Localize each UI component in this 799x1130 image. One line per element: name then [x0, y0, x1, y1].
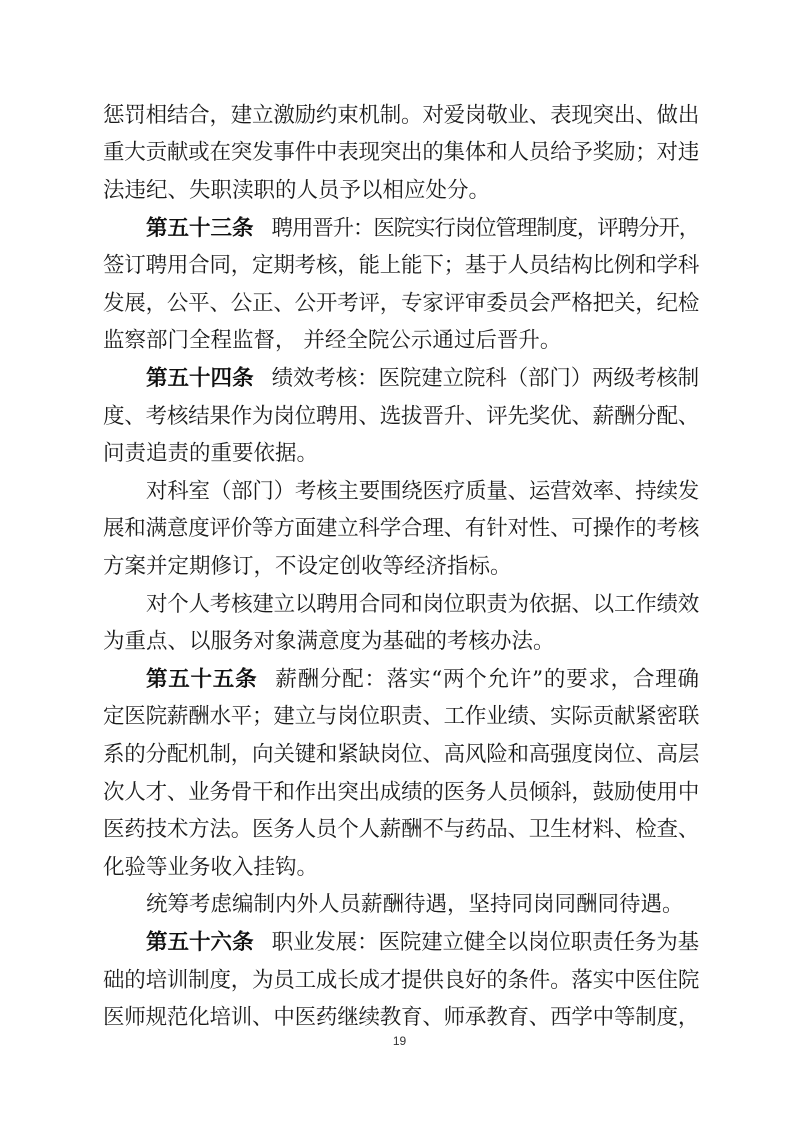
text-line: 监察部门全程监督， 并经全院公示通过后晋升。 — [103, 326, 699, 356]
line-text: 对个人考核建立以聘用合同和岗位职责为依据、以工作绩效 — [146, 592, 699, 617]
text-line: 对科室（部门）考核主要围绕医疗质量、运营效率、持续发 — [146, 477, 699, 507]
article-number: 第五十六条 — [146, 930, 254, 955]
text-line: 惩罚相结合，建立激励约束机制。对爱岗敬业、表现突出、做出 — [103, 101, 699, 131]
text-line: 医药技术方法。医务人员个人薪酬不与药品、卫生材料、检查、 — [103, 815, 699, 845]
article-number: 第五十四条 — [146, 366, 254, 391]
line-text: 签订聘用合同，定期考核，能上能下；基于人员结构比例和学科 — [103, 253, 699, 278]
page-number: 19 — [0, 1034, 799, 1048]
line-text: 为重点、以服务对象满意度为基础的考核办法。 — [103, 629, 555, 654]
line-text: 问责追责的重要依据。 — [103, 441, 318, 466]
text-line: 化验等业务收入挂钩。 — [103, 853, 699, 883]
text-line: 系的分配机制，向关键和紧缺岗位、高风险和高强度岗位、高层 — [103, 740, 699, 770]
text-line: 础的培训制度，为员工成长成才提供良好的条件。落实中医住院 — [103, 966, 699, 996]
line-text: 聘用晋升：医院实行岗位管理制度，评聘分开， — [272, 216, 700, 241]
line-text: 础的培训制度，为员工成长成才提供良好的条件。落实中医住院 — [103, 968, 699, 993]
line-text: 医师规范化培训、中医药继续教育、师承教育、西学中等制度， — [103, 1005, 699, 1030]
text-line: 签订聘用合同，定期考核，能上能下；基于人员结构比例和学科 — [103, 251, 699, 281]
line-text: 系的分配机制，向关键和紧缺岗位、高风险和高强度岗位、高层 — [103, 742, 699, 767]
text-line: 问责追责的重要依据。 — [103, 439, 699, 469]
text-line: 展和满意度评价等方面建立科学合理、有针对性、可操作的考核 — [103, 514, 699, 544]
line-text: 定医院薪酬水平；建立与岗位职责、工作业绩、实际贡献紧密联 — [103, 704, 699, 729]
text-line: 发展，公平、公正、公开考评，专家评审委员会严格把关，纪检 — [103, 289, 699, 319]
article-heading-line: 第五十三条聘用晋升：医院实行岗位管理制度，评聘分开， — [146, 214, 699, 244]
line-text: 惩罚相结合，建立激励约束机制。对爱岗敬业、表现突出、做出 — [103, 103, 699, 128]
line-text: 化验等业务收入挂钩。 — [103, 855, 318, 880]
line-text: 重大贡献或在突发事件中表现突出的集体和人员给予奖励；对违 — [103, 140, 699, 165]
line-text: 职业发展：医院建立健全以岗位职责任务为基 — [272, 930, 699, 955]
text-line: 方案并定期修订，不设定创收等经济指标。 — [103, 552, 699, 582]
text-line: 次人才、业务骨干和作出突出成绩的医务人员倾斜，鼓励使用中 — [103, 778, 699, 808]
article-number: 第五十五条 — [146, 667, 257, 692]
line-text: 次人才、业务骨干和作出突出成绩的医务人员倾斜，鼓励使用中 — [103, 780, 699, 805]
article-heading-line: 第五十五条薪酬分配：落实“两个允许”的要求，合理确 — [146, 665, 699, 695]
line-text: 医药技术方法。医务人员个人薪酬不与药品、卫生材料、检查、 — [103, 817, 699, 842]
line-text: 方案并定期修订，不设定创收等经济指标。 — [103, 554, 512, 579]
text-line: 重大贡献或在突发事件中表现突出的集体和人员给予奖励；对违 — [103, 138, 699, 168]
line-text: 对科室（部门）考核主要围绕医疗质量、运营效率、持续发 — [146, 479, 699, 504]
line-text: 绩效考核：医院建立院科（部门）两级考核制 — [272, 366, 699, 391]
article-heading-line: 第五十四条绩效考核：医院建立院科（部门）两级考核制 — [146, 364, 699, 394]
article-number: 第五十三条 — [146, 216, 254, 241]
line-text: 监察部门全程监督， 并经全院公示通过后晋升。 — [103, 328, 561, 353]
text-line: 法违纪、失职渎职的人员予以相应处分。 — [103, 176, 699, 206]
text-line: 医师规范化培训、中医药继续教育、师承教育、西学中等制度， — [103, 1003, 699, 1033]
text-line: 对个人考核建立以聘用合同和岗位职责为依据、以工作绩效 — [146, 590, 699, 620]
article-heading-line: 第五十六条职业发展：医院建立健全以岗位职责任务为基 — [146, 928, 699, 958]
text-line: 定医院薪酬水平；建立与岗位职责、工作业绩、实际贡献紧密联 — [103, 702, 699, 732]
text-line: 统筹考虑编制内外人员薪酬待遇，坚持同岗同酬同待遇。 — [146, 890, 699, 920]
line-text: 发展，公平、公正、公开考评，专家评审委员会严格把关，纪检 — [103, 291, 699, 316]
line-text: 法违纪、失职渎职的人员予以相应处分。 — [103, 178, 490, 203]
line-text: 薪酬分配：落实“两个允许”的要求，合理确 — [275, 667, 699, 692]
text-line: 度、考核结果作为岗位聘用、选拔晋升、评先奖优、薪酬分配、 — [103, 402, 699, 432]
line-text: 度、考核结果作为岗位聘用、选拔晋升、评先奖优、薪酬分配、 — [103, 404, 699, 429]
line-text: 统筹考虑编制内外人员薪酬待遇，坚持同岗同酬同待遇。 — [146, 892, 684, 917]
document-page: 惩罚相结合，建立激励约束机制。对爱岗敬业、表现突出、做出重大贡献或在突发事件中表… — [0, 0, 799, 1130]
text-line: 为重点、以服务对象满意度为基础的考核办法。 — [103, 627, 699, 657]
line-text: 展和满意度评价等方面建立科学合理、有针对性、可操作的考核 — [103, 516, 699, 541]
